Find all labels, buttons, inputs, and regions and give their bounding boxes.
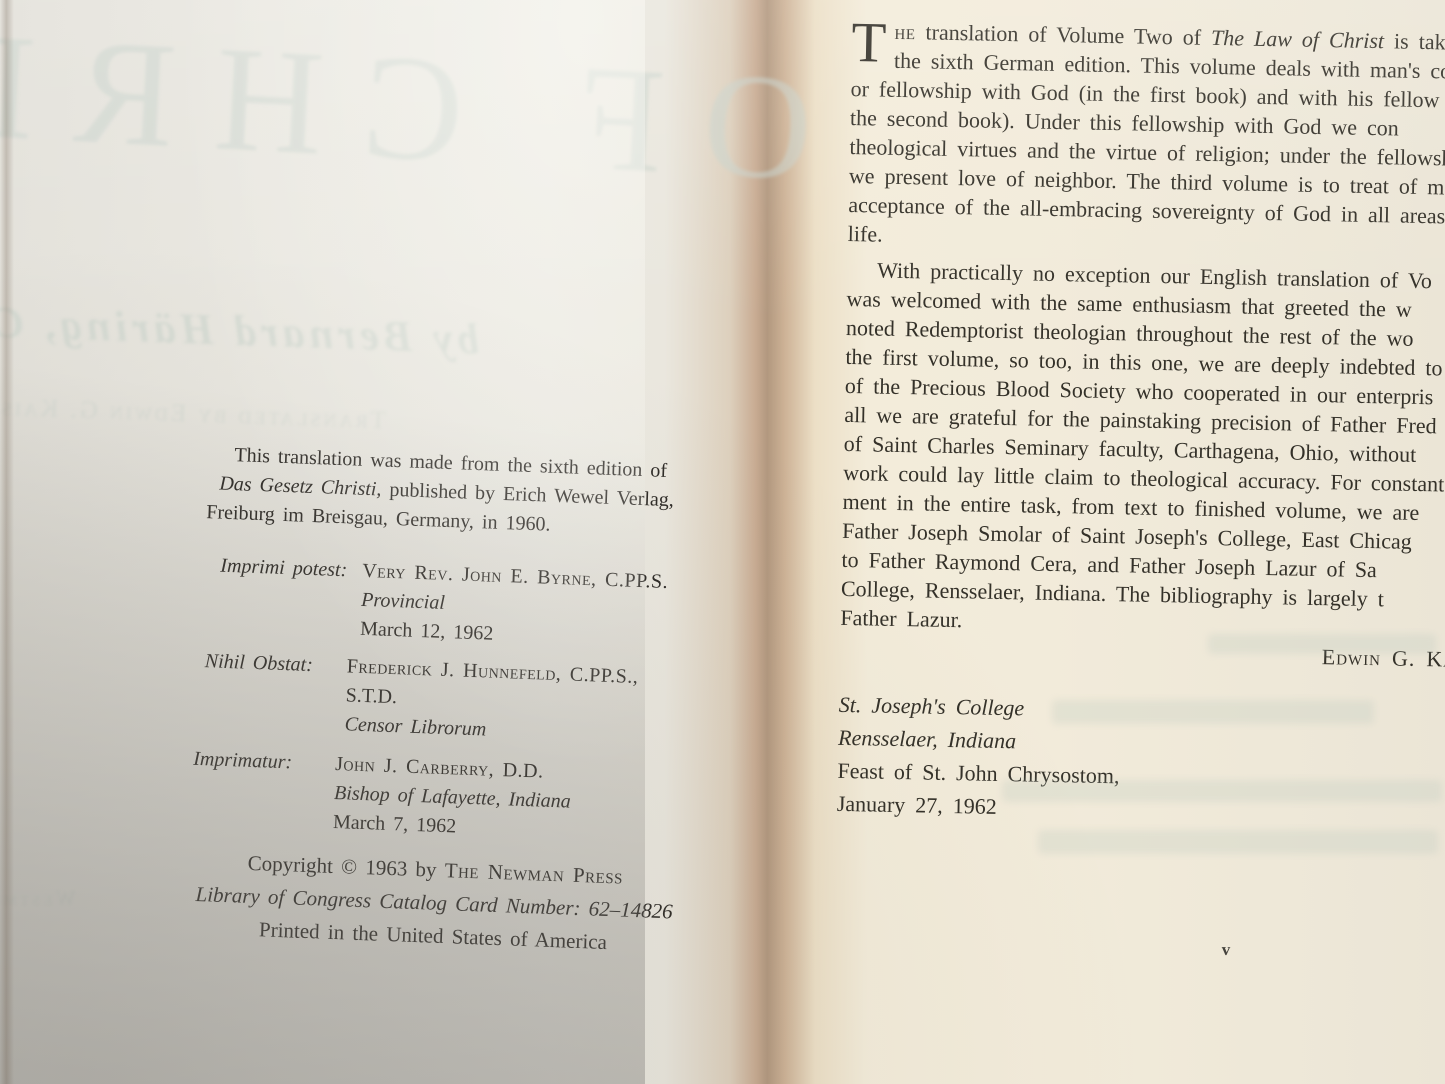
copyright-block: Copyright © 1963 by The Newman Press Lib… — [153, 843, 716, 962]
imprimatur-entry: Imprimatur: John J. Carberry, D.D. Bisho… — [191, 745, 734, 852]
nihil-obstat-entry: Nihil Obstat: Frederick J. Hunnefeld, C.… — [194, 647, 737, 754]
right-page-preface-block: T he translation of Volume Two of The La… — [837, 16, 1445, 835]
imprimi-potest-label: Imprimi potest: — [218, 552, 363, 644]
imprimi-potest-entry: Imprimi potest: Very Rev. John E. Byrne,… — [198, 551, 741, 658]
colophon-block: St. Joseph's College Rensselaer, Indiana… — [837, 688, 1445, 835]
showthrough-publisher-line: Westminster, M — [0, 886, 76, 911]
preface-line-text: translation of Volume Two of — [915, 19, 1211, 50]
translation-note: This translation was made from the sixth… — [202, 440, 745, 547]
preface-paragraph-1: T he translation of Volume Two of The La… — [848, 16, 1445, 263]
showthrough-translator-line: Translated by Edwin G. Kaiser — [0, 393, 386, 435]
page-number: v — [1206, 940, 1246, 961]
dropcap-smallcaps: he — [894, 19, 915, 44]
copyright-text: Copyright © 1963 by — [247, 851, 445, 882]
preface-paragraph-2: With practically no exception our Englis… — [840, 255, 1445, 647]
book-title-italic: The Law of Christ — [1211, 25, 1384, 53]
translation-note-book-title: Das Gesetz Christi, — [219, 473, 382, 501]
nihil-obstat-label: Nihil Obstat: — [202, 647, 347, 739]
showthrough-title-text: OF CHRIST — [0, 0, 816, 215]
left-page-copyright-block: This translation was made from the sixth… — [187, 440, 745, 963]
open-book-photo: OF CHRIST by Bernard Häring, C.S Transla… — [0, 0, 1445, 1084]
publisher-name: The Newman Press — [444, 858, 623, 889]
preface-line-end: is tak — [1384, 28, 1445, 54]
showthrough-author-byline: by Bernard Häring, C.S — [0, 297, 480, 365]
dropcap-letter: T — [851, 16, 895, 69]
imprimatur-label: Imprimatur: — [191, 745, 336, 837]
showthrough-smudge — [1038, 830, 1438, 854]
gutter-crease-shadow — [0, 0, 14, 1084]
